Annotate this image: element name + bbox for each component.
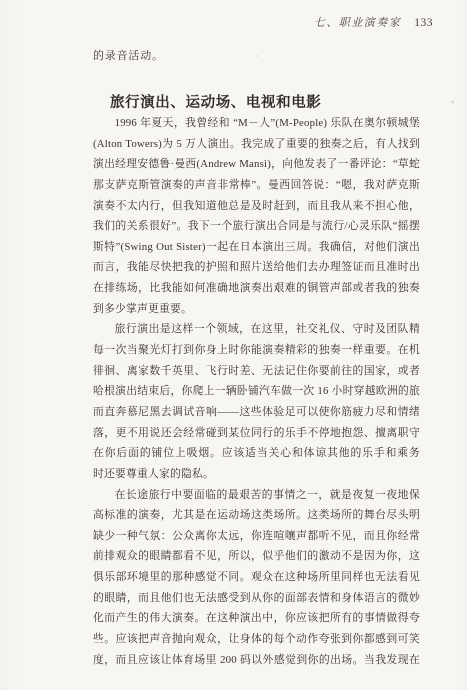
text-line: 落，更不用说还会经常碰到某位同行的乐手不停地抱怨、擅离职守或者	[93, 423, 420, 444]
body-text: 1996 年夏天，我曾经和 “M－人”(M-People) 乐队在奥尔顿城堡(A…	[93, 113, 420, 670]
text-line: 在排练场，比我能如何准确地演奏出艰难的铜管声部或者我的独奏得	[93, 278, 420, 299]
text-line: 演奏不太内行，但我知道他总是及时赶到，而且我从来不担心他，所以	[93, 196, 420, 217]
text-line: 在你后面的铺位上吸烟。应该适当关心和体谅其他的乐手和乘务员，同	[93, 443, 420, 464]
text-line: 度，而且应该让体育场里 200 码以外感觉到你的出场。当我发现在我即	[93, 650, 420, 671]
text-line: 到多少掌声更重要。	[93, 299, 420, 320]
text-line: 哈根演出结束后，你爬上一辆卧铺汽车做一次 16 小时穿越欧洲的旅行	[93, 381, 420, 402]
text-line: 1996 年夏天，我曾经和 “M－人”(M-People) 乐队在奥尔顿城堡	[93, 113, 420, 134]
text-line: 的眼睛，而且他们也无法感受到从你的面部表情和身体语言的微妙变	[93, 588, 420, 609]
text-line: 斯特”(Swing Out Sister)一起在日本演出三周。我确信，对他们演出…	[93, 237, 420, 258]
section-title: 旅行演出、运动场、电视和电影	[110, 91, 321, 112]
text-line: (Alton Towers)为 5 万人演出。我完成了重要的独奏之后，有人找到旅…	[93, 134, 420, 155]
text-line: 前排观众的眼睛都看不见，所以，似乎他们的激动不是因为你，这和在	[93, 546, 420, 567]
text-line: 高标准的演奏，尤其是在运动场这类场所。这类场所的舞台尽头明显地	[93, 505, 420, 526]
scan-artifact	[256, 55, 258, 57]
text-line: 在长途旅行中要面临的最艰苦的事情之一，就是夜复一夜地保持	[93, 485, 420, 506]
text-line: 徘徊、离家数千英里、飞行时差、无法记住你要前往的国家，或者在哥本	[93, 361, 420, 382]
text-line: 而直奔慕尼黑去调试音响——这些体验足可以使你筋疲力尽和情绪低	[93, 402, 420, 423]
text-line: 我们的关系很好”。我下一个旅行演出合同是与流行/心灵乐队“摇摆西	[93, 216, 420, 237]
book-page: 七、职业演奏家133 的录音活动。 旅行演出、运动场、电视和电影 1996 年夏…	[0, 0, 467, 690]
page-number: 133	[414, 17, 433, 29]
scan-artifact	[451, 100, 455, 103]
text-line: 化而产生的伟大演奏。在这种演出中，你应该把所有的事情做得夸张一	[93, 608, 420, 629]
text-line: 些。应该把声音抛向观众，让身体的每个动作夸张到你都感到可笑的程	[93, 629, 420, 650]
text-line: 那支萨克斯管演奏的声音非常棒”。曼西回答说：“嗯，我对萨克斯管的	[93, 175, 420, 196]
carryover-text: 的录音活动。	[93, 47, 164, 63]
text-line: 俱乐部环境里的那种感觉不同。观众在这种场所里同样也无法看见你	[93, 567, 420, 588]
chapter-title: 七、职业演奏家	[314, 17, 402, 29]
text-line: 演出经理安德鲁·曼西(Andrew Mansi)，向他发表了一番评论：“草蛇用	[93, 154, 420, 175]
paragraph: 1996 年夏天，我曾经和 “M－人”(M-People) 乐队在奥尔顿城堡(A…	[93, 113, 420, 319]
text-line: 每一次当聚光灯打到你身上时你能演奏精彩的独奏一样重要。在机场	[93, 340, 420, 361]
text-line: 而言，我能尽快把我的护照和照片送给他们去办理签证而且准时出现	[93, 257, 420, 278]
text-line: 旅行演出是这样一个领域，在这里，社交礼仪、守时及团队精神和	[93, 319, 420, 340]
running-header: 七、职业演奏家133	[314, 14, 433, 30]
text-line: 时还要尊重人家的隐私。	[93, 464, 420, 485]
text-line: 缺少一种气氛：公众离你太远，你连喧嚷声都听不见，而且你经常是连	[93, 526, 420, 547]
paragraph: 在长途旅行中要面临的最艰苦的事情之一，就是夜复一夜地保持高标准的演奏，尤其是在运…	[93, 485, 420, 671]
paragraph: 旅行演出是这样一个领域，在这里，社交礼仪、守时及团队精神和每一次当聚光灯打到你身…	[93, 319, 420, 484]
